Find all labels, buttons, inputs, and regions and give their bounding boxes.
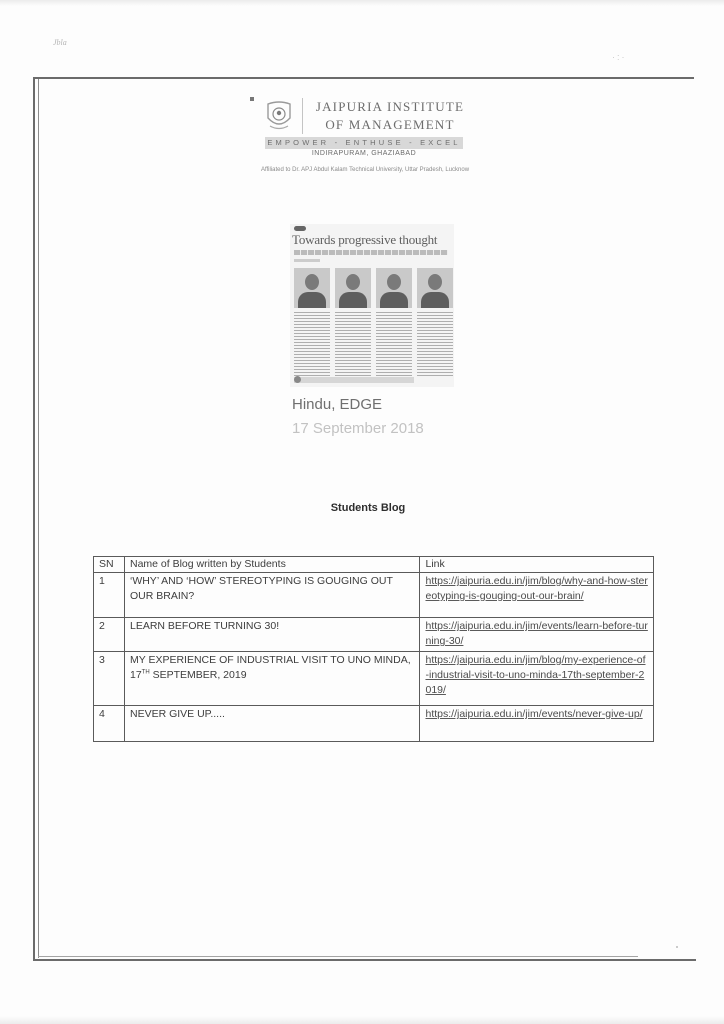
publication-source: Hindu, EDGE <box>292 396 382 413</box>
scan-specks: ·:· <box>612 52 627 62</box>
clipping-byline <box>294 259 320 262</box>
table-row: 2 LEARN BEFORE TURNING 30! https://jaipu… <box>94 618 654 652</box>
clipping-photo <box>376 268 412 308</box>
ordinal-suffix: TH <box>142 670 150 676</box>
scan-edge-top <box>0 0 724 6</box>
section-title-text: Students Blog <box>331 502 406 514</box>
institute-name-line2: OF MANAGEMENT <box>310 116 470 134</box>
blog-name-text-cont: SEPTEMBER, 2019 <box>150 669 247 681</box>
section-title: Students Blog <box>0 502 724 514</box>
clipping-text-column <box>335 312 371 376</box>
clipping-headline: Towards progressive thought <box>292 232 437 248</box>
table-row: 4 NEVER GIVE UP..... https://jaipuria.ed… <box>94 706 654 742</box>
blog-link[interactable]: https://jaipuria.edu.in/jim/events/never… <box>425 708 642 720</box>
clipping-caption <box>294 377 414 383</box>
page-frame-bottom <box>33 959 696 961</box>
header-blog-name: Name of Blog written by Students <box>124 557 420 573</box>
page-frame-top <box>33 77 694 79</box>
clipping-photo <box>417 268 453 308</box>
cell-link: https://jaipuria.edu.in/jim/events/never… <box>420 706 654 742</box>
table-row: 3 MY EXPERIENCE OF INDUSTRIAL VISIT TO U… <box>94 652 654 706</box>
institute-tagline: EMPOWER - ENTHUSE - EXCEL <box>265 137 463 149</box>
header-link: Link <box>420 557 654 573</box>
table-header-row: SN Name of Blog written by Students Link <box>94 557 654 573</box>
cell-sn: 1 <box>94 573 125 618</box>
clipping-text-column <box>417 312 453 376</box>
cell-blog-name: LEARN BEFORE TURNING 30! <box>124 618 420 652</box>
blog-link[interactable]: https://jaipuria.edu.in/jim/blog/my-expe… <box>425 654 645 696</box>
cell-link: https://jaipuria.edu.in/jim/events/learn… <box>420 618 654 652</box>
handwritten-annotation: Jbla <box>53 38 67 47</box>
header-sn: SN <box>94 557 125 573</box>
page-frame-left-inner <box>38 79 39 958</box>
bullet-mark <box>250 97 254 101</box>
cell-blog-name: ‘WHY’ AND ‘HOW’ STEREOTYPING IS GOUGING … <box>124 573 420 618</box>
students-blog-table: SN Name of Blog written by Students Link… <box>93 556 654 742</box>
clipping-photo <box>335 268 371 308</box>
page-frame-bottom-inner <box>38 956 638 957</box>
cell-sn: 2 <box>94 618 125 652</box>
table-row: 1 ‘WHY’ AND ‘HOW’ STEREOTYPING IS GOUGIN… <box>94 573 654 618</box>
clipping-section-badge <box>294 226 306 231</box>
blog-link[interactable]: https://jaipuria.edu.in/jim/events/learn… <box>425 620 647 647</box>
scan-speck <box>676 946 678 948</box>
publication-date: 17 September 2018 <box>292 420 424 437</box>
institute-affiliation: Affiliated to Dr. APJ Abdul Kalam Techni… <box>200 167 530 173</box>
blog-link[interactable]: https://jaipuria.edu.in/jim/blog/why-and… <box>425 575 647 602</box>
cell-link: https://jaipuria.edu.in/jim/blog/my-expe… <box>420 652 654 706</box>
clipping-text-column <box>294 312 330 376</box>
clipping-caption-icon <box>294 376 301 383</box>
newspaper-clipping: Towards progressive thought <box>290 224 454 387</box>
scan-edge-bottom <box>0 1016 724 1024</box>
institute-name: JAIPURIA INSTITUTE OF MANAGEMENT <box>310 98 470 134</box>
clipping-photo <box>294 268 330 308</box>
clipping-subheadline <box>294 250 448 255</box>
logo-divider <box>302 98 303 134</box>
cell-blog-name: MY EXPERIENCE OF INDUSTRIAL VISIT TO UNO… <box>124 652 420 706</box>
cell-sn: 3 <box>94 652 125 706</box>
page-frame-left <box>33 77 35 961</box>
institute-crest-icon <box>266 100 292 132</box>
institute-name-line1: JAIPURIA INSTITUTE <box>310 98 470 116</box>
cell-sn: 4 <box>94 706 125 742</box>
institute-location: INDIRAPURAM, GHAZIABAD <box>265 150 463 157</box>
clipping-text-column <box>376 312 412 376</box>
cell-link: https://jaipuria.edu.in/jim/blog/why-and… <box>420 573 654 618</box>
cell-blog-name: NEVER GIVE UP..... <box>124 706 420 742</box>
